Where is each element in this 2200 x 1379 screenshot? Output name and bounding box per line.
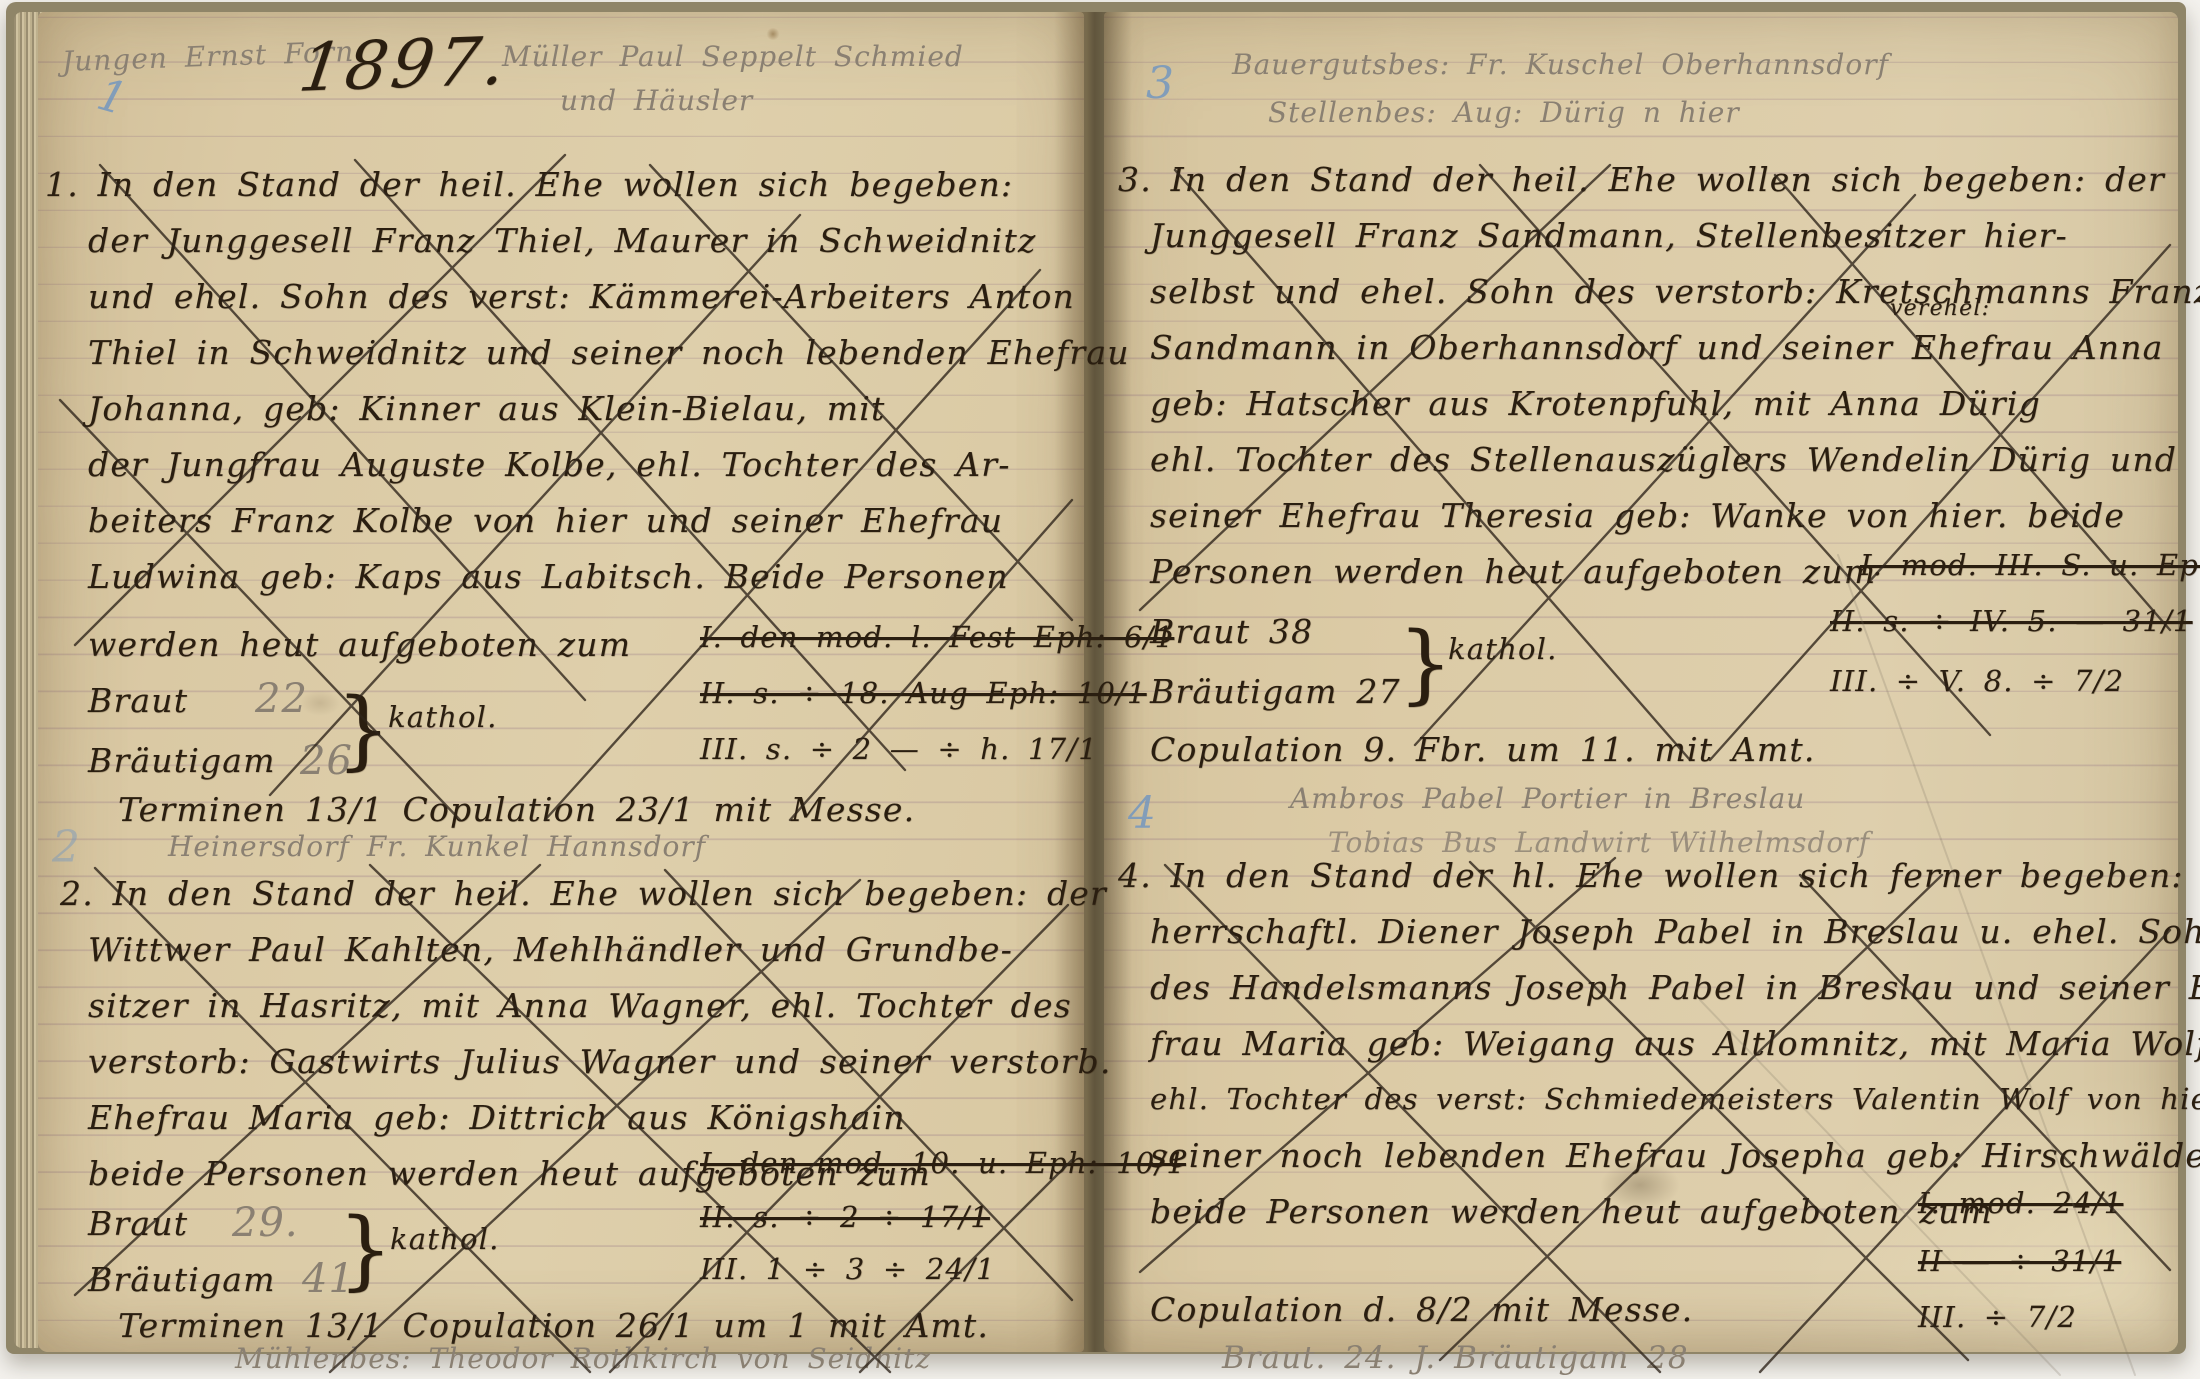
entry3-insert-above: verehel: — [1890, 296, 1990, 321]
pencil-note-top-right-2: und Häusler — [560, 84, 753, 117]
entry1-line: der Junggesell Franz Thiel, Maurer in Sc… — [88, 221, 1037, 260]
entry2-pencil-footer: Mühlenbes: Theodor Rothkirch von Seidnit… — [235, 1342, 931, 1375]
braut-age-pencil: 29. — [232, 1200, 299, 1246]
brautigam-label: Bräutigam — [88, 741, 276, 780]
entry4-pencil-header-1: Ambros Pabel Portier in Breslau — [1290, 782, 1805, 815]
banns-date-III: III. ÷ 7/2 — [1918, 1300, 2077, 1334]
banns-date-II: II. s. ÷ 2 ÷ 17/1 — [700, 1200, 990, 1234]
entry2-termine-line: Terminen 13/1 Copulation 26/1 um 1 mit A… — [118, 1306, 989, 1345]
entry4-pencil-footer: Braut. 24. J. Bräutigam 28 — [1222, 1340, 1689, 1376]
entry2-pencil-header: Heinersdorf Fr. Kunkel Hannsdorf — [168, 830, 706, 863]
entry4-line: herrschaftl. Diener Joseph Pabel in Bres… — [1150, 912, 2200, 951]
entry3-line: seiner Ehefrau Theresia geb: Wanke von h… — [1150, 496, 2125, 535]
entry4-line: 4. In den Stand der hl. Ehe wollen sich … — [1118, 856, 2200, 895]
banns-date-I: I. mod. III. S. u. Eph: — [1860, 548, 2200, 582]
entry3-pencil-header-2: Stellenbes: Aug: Dürig n hier — [1268, 96, 1740, 129]
entry1-line: der Jungfrau Auguste Kolbe, ehl. Tochter… — [88, 445, 1011, 484]
entry4-copulation-line: Copulation d. 8/2 mit Messe. — [1150, 1290, 1693, 1329]
entry1-line: beiters Franz Kolbe von hier und seiner … — [88, 501, 1003, 540]
banns-date-III: III. ÷ V. 8. ÷ 7/2 — [1830, 664, 2124, 698]
entry1-line: Thiel in Schweidnitz und seiner noch leb… — [88, 333, 1130, 372]
entry1-termine-line: Terminen 13/1 Copulation 23/1 mit Messe. — [118, 790, 915, 829]
pencil-note-top-right-1: Müller Paul Seppelt Schmied — [502, 40, 964, 73]
braut-label: Braut — [88, 1204, 188, 1243]
entry4-line: ehl. Tochter des verst: Schmiedemeisters… — [1150, 1082, 2200, 1116]
entry2-line: sitzer in Hasritz, mit Anna Wagner, ehl.… — [88, 986, 1072, 1025]
entry3-line: 3. In den Stand der heil. Ehe wollen sic… — [1118, 160, 2165, 199]
braut-age-pencil: 22 — [255, 676, 308, 722]
entry3-line: selbst und ehel. Sohn des verstorb: Kret… — [1150, 272, 2200, 311]
banns-date-II: II. s. ÷ 18. Aug Eph: 10/1 — [700, 676, 1147, 710]
banns-date-II: II. s. ÷ IV. 5. — 31/1 — [1830, 604, 2193, 638]
entry4-pencil-header-2: Tobias Bus Landwirt Wilhelmsdorf — [1328, 826, 1870, 859]
entry3-line: Junggesell Franz Sandmann, Stellenbesitz… — [1150, 216, 2068, 255]
religion-note: kathol. — [388, 700, 498, 734]
religion-note: kathol. — [390, 1222, 500, 1256]
entry1-line: Johanna, geb: Kinner aus Klein-Bielau, m… — [88, 389, 885, 428]
entry3-line: geb: Hatscher aus Krotenpfuhl, mit Anna … — [1150, 384, 2041, 423]
entry3-copulation-line: Copulation 9. Fbr. um 11. mit Amt. — [1150, 730, 1816, 769]
entry3-line: Personen werden heut aufgeboten zum — [1150, 552, 1876, 591]
entry2-line: 2. In den Stand der heil. Ehe wollen sic… — [60, 874, 1107, 913]
blue-index-mark-2: 2 — [52, 822, 81, 873]
banns-date-I: I. den mod. l. Fest Eph: 6/1 — [700, 620, 1174, 654]
entry2-line: verstorb: Gastwirts Julius Wagner und se… — [88, 1042, 1112, 1081]
banns-date-III: III. s. ÷ 2 — ÷ h. 17/1 — [700, 732, 1098, 766]
banns-date-III: III. 1 ÷ 3 ÷ 24/1 — [700, 1252, 996, 1286]
braut-line: Braut 38 — [1150, 612, 1313, 651]
entry3-pencil-header-1: Bauergutsbes: Fr. Kuschel Oberhannsdorf — [1232, 48, 1889, 81]
blue-index-mark-4: 4 — [1128, 788, 1157, 839]
entry1-line: Ludwina geb: Kaps aus Labitsch. Beide Pe… — [88, 557, 1009, 596]
entry1-line: und ehel. Sohn des verst: Kämmerei-Arbei… — [88, 277, 1075, 316]
blue-index-mark-3: 3 — [1146, 58, 1175, 109]
brautigam-line: Bräutigam 27 — [1150, 672, 1401, 711]
register-scan: Jungen Ernst Forn 1897. Müller Paul Sepp… — [0, 0, 2200, 1379]
entry4-line: frau Maria geb: Weigang aus Altlomnitz, … — [1150, 1024, 2200, 1063]
banns-date-I: I. den mod. 10. u. Eph: 10/1 — [700, 1146, 1186, 1180]
year-heading: 1897. — [295, 22, 515, 107]
entry1-line: werden heut aufgeboten zum — [88, 625, 631, 664]
braut-label: Braut — [88, 681, 188, 720]
entry4-line: des Handelsmanns Joseph Pabel in Breslau… — [1150, 968, 2200, 1007]
entry3-line: ehl. Tochter des Stellenauszüglers Wende… — [1150, 440, 2177, 479]
brace: } — [1398, 614, 1454, 714]
religion-note: kathol. — [1448, 632, 1558, 666]
brace: } — [338, 1200, 394, 1300]
brautigam-label: Bräutigam — [88, 1260, 276, 1299]
entry2-line: Ehefrau Maria geb: Dittrich aus Königsha… — [88, 1098, 906, 1137]
entry1-line: 1. In den Stand der heil. Ehe wollen sic… — [45, 165, 1013, 204]
banns-date-I: I. mod. 24/1 — [1918, 1186, 2123, 1220]
entry4-line: beide Personen werden heut aufgeboten zu… — [1150, 1192, 1993, 1231]
banns-date-II: II — ÷ 31/1 — [1918, 1244, 2121, 1278]
brace: } — [336, 680, 392, 780]
entry4-line: seiner noch lebenden Ehefrau Josepha geb… — [1150, 1136, 2200, 1175]
entry2-line: Wittwer Paul Kahlten, Mehlhändler und Gr… — [88, 930, 1013, 969]
entry3-line: Sandmann in Oberhannsdorf und seiner Ehe… — [1150, 328, 2164, 367]
